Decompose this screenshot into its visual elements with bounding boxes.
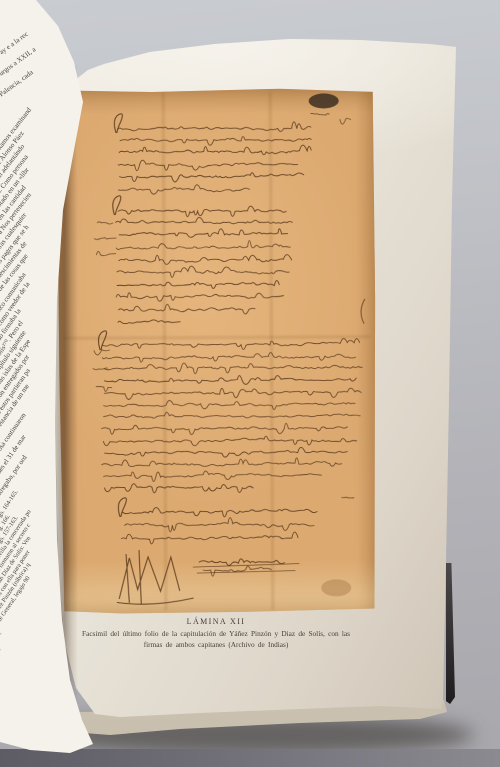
- handwriting-stroke: [121, 532, 298, 544]
- handwriting-stroke: [122, 507, 317, 518]
- handwriting-stroke: [102, 423, 348, 435]
- ink-mark: [321, 579, 351, 596]
- handwriting-stroke: [118, 206, 286, 217]
- handwriting-stroke: [102, 458, 342, 468]
- handwriting-stroke: [116, 217, 293, 224]
- handwriting-stroke: [119, 304, 255, 315]
- handwriting-stroke: [311, 113, 329, 115]
- facsimile-plate: [57, 87, 378, 615]
- handwriting-stroke: [114, 114, 122, 133]
- handwriting-stroke: [342, 497, 354, 498]
- handwriting-stroke: [94, 238, 116, 240]
- handwriting-stroke: [104, 362, 362, 374]
- handwriting-stroke: [98, 331, 106, 350]
- handwriting-stroke: [119, 255, 292, 265]
- handwriting-stroke: [120, 136, 311, 146]
- handwriting-stroke: [118, 122, 311, 133]
- plate-caption: LÁMINA XII Facsimil del último folio de …: [58, 617, 374, 650]
- plate-title: LÁMINA XII: [58, 617, 374, 626]
- handwriting-stroke: [118, 184, 249, 194]
- handwriting-stroke: [118, 159, 298, 170]
- caption-line-2: firmas de ambos capitanes (Archivo de In…: [58, 640, 374, 651]
- handwriting-stroke: [97, 222, 113, 224]
- handwriting-stroke: [125, 517, 314, 532]
- handwriting-stroke: [104, 470, 322, 481]
- handwriting-stroke: [104, 375, 356, 385]
- handwriting-stroke: [104, 411, 361, 418]
- caption-line-1: Facsimil del último folio de la capitula…: [58, 629, 374, 640]
- handwriting-stroke: [103, 436, 356, 446]
- manuscript-handwriting: [57, 87, 378, 615]
- book-photo: LÁMINA XII Facsimil del último folio de …: [0, 0, 500, 767]
- handwriting-stroke: [361, 299, 365, 323]
- handwriting-stroke: [104, 388, 361, 400]
- handwriting-stroke: [340, 118, 351, 124]
- handwriting-stroke: [117, 266, 289, 278]
- handwriting-stroke: [120, 173, 304, 183]
- ink-mark: [309, 93, 339, 108]
- handwriting-stroke: [119, 145, 311, 155]
- handwriting-stroke: [94, 350, 110, 355]
- handwriting-stroke: [105, 447, 348, 458]
- handwriting-stroke: [116, 240, 290, 249]
- handwriting-stroke: [119, 228, 287, 237]
- handwriting-stroke: [104, 483, 253, 493]
- left-page-text-line: 0): [0, 645, 2, 653]
- handwriting-stroke: [116, 292, 283, 302]
- handwriting-stroke: [96, 386, 112, 391]
- handwriting-stroke: [102, 338, 359, 350]
- handwriting-stroke: [193, 564, 299, 568]
- handwriting-stroke: [117, 281, 279, 289]
- handwriting-stroke: [113, 196, 121, 215]
- handwriting-stroke: [96, 251, 115, 255]
- handwriting-stroke: [197, 571, 295, 574]
- handwriting-stroke: [118, 320, 180, 324]
- handwriting-stroke: [102, 352, 355, 362]
- handwriting-stroke: [117, 550, 193, 604]
- handwriting-stroke: [104, 400, 355, 411]
- table-edge: [0, 749, 500, 767]
- left-page-text-line: tal.: [0, 630, 3, 640]
